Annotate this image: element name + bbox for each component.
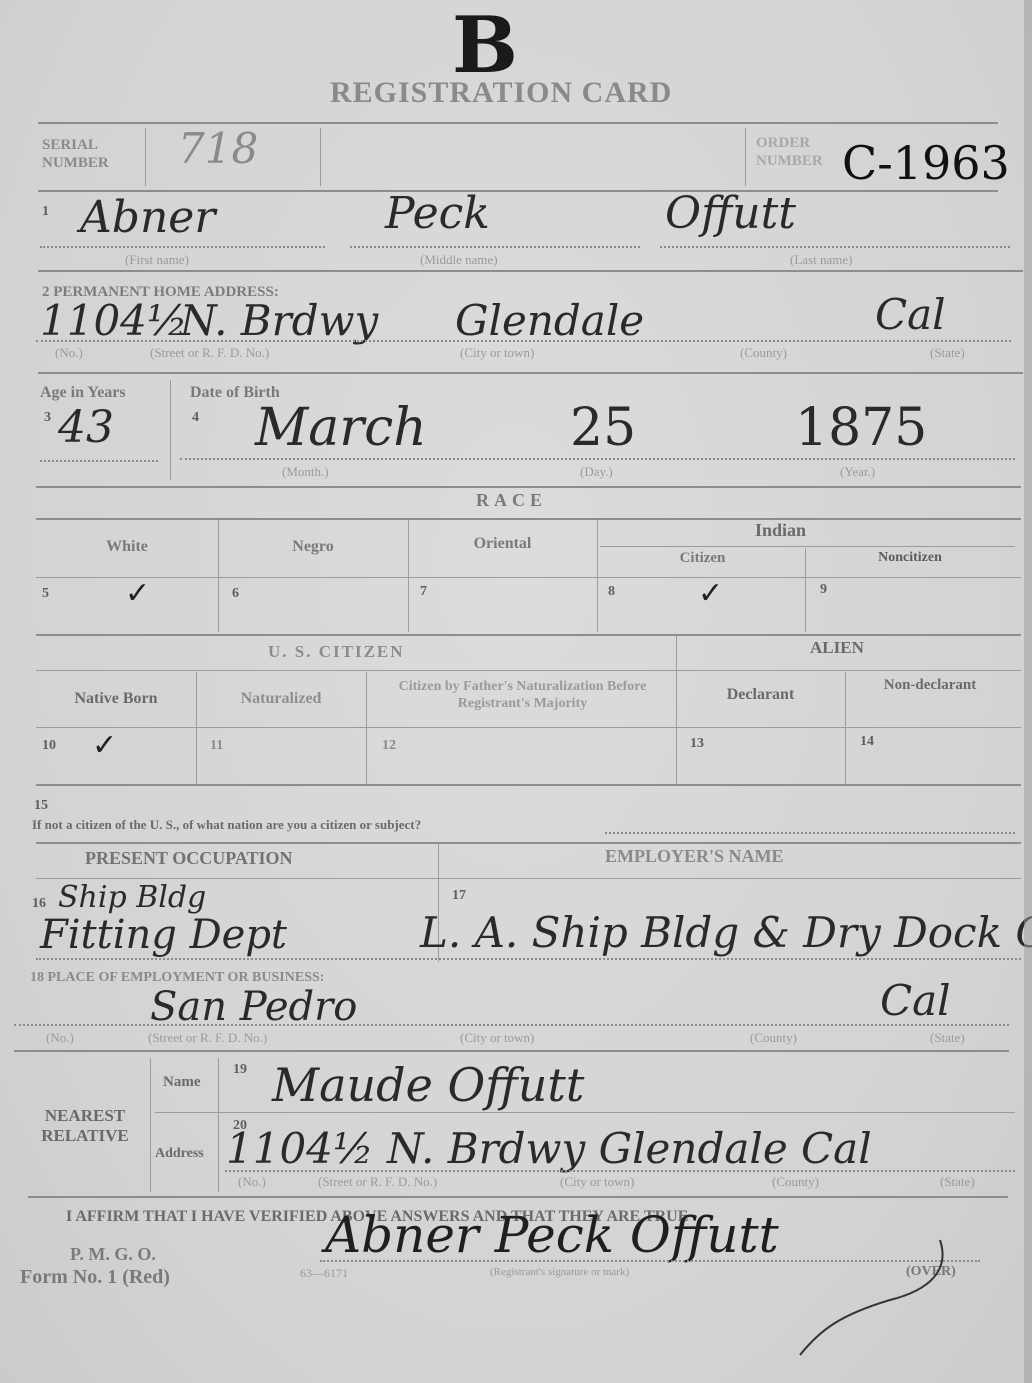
page-edge	[1024, 0, 1032, 1383]
employment-state-value: Cal	[880, 976, 951, 1025]
birth-day-value: 25	[570, 398, 636, 458]
birth-year-value: 1875	[795, 398, 927, 458]
last-name-value: Offutt	[665, 188, 796, 239]
serial-label: SERIALNUMBER	[42, 136, 109, 172]
nation-question: If not a citizen of the U. S., of what n…	[32, 817, 421, 833]
serial-number-value: 718	[178, 124, 258, 173]
occupation-line1: Ship Bldg	[58, 880, 206, 915]
race-indian-citizen-check: ✓	[698, 576, 723, 611]
home-address-state: Cal	[875, 290, 946, 339]
order-number-value: C-1963	[842, 136, 1010, 190]
home-address-street: N. Brdwy	[180, 296, 378, 345]
birth-month-value: March	[255, 398, 427, 458]
nearest-relative-heading: NEARESTRELATIVE	[30, 1106, 140, 1146]
relative-name-value: Maude Offutt	[272, 1058, 584, 1112]
signature-flourish	[740, 1230, 970, 1360]
order-label: ORDERNUMBER	[756, 134, 823, 170]
employer-name-value: L. A. Ship Bldg & Dry Dock Co	[420, 908, 1032, 957]
age-value: 43	[58, 402, 114, 453]
relative-address-value: 1104½ N. Brdwy Glendale Cal	[226, 1124, 872, 1173]
middle-name-value: Peck	[385, 188, 490, 239]
race-white-check: ✓	[125, 576, 150, 611]
race-heading: RACE	[476, 490, 547, 511]
first-name-value: Abner	[80, 192, 215, 243]
home-address-city: Glendale	[455, 296, 644, 345]
native-born-check: ✓	[92, 728, 117, 763]
registration-card: B REGISTRATION CARD SERIALNUMBER 718 ORD…	[0, 0, 1032, 1383]
card-title: REGISTRATION CARD	[330, 76, 672, 110]
home-address-number: 1104½	[40, 296, 188, 345]
registrant-signature: Abner Peck Offutt	[325, 1206, 779, 1264]
occupation-line2: Fitting Dept	[40, 912, 287, 958]
